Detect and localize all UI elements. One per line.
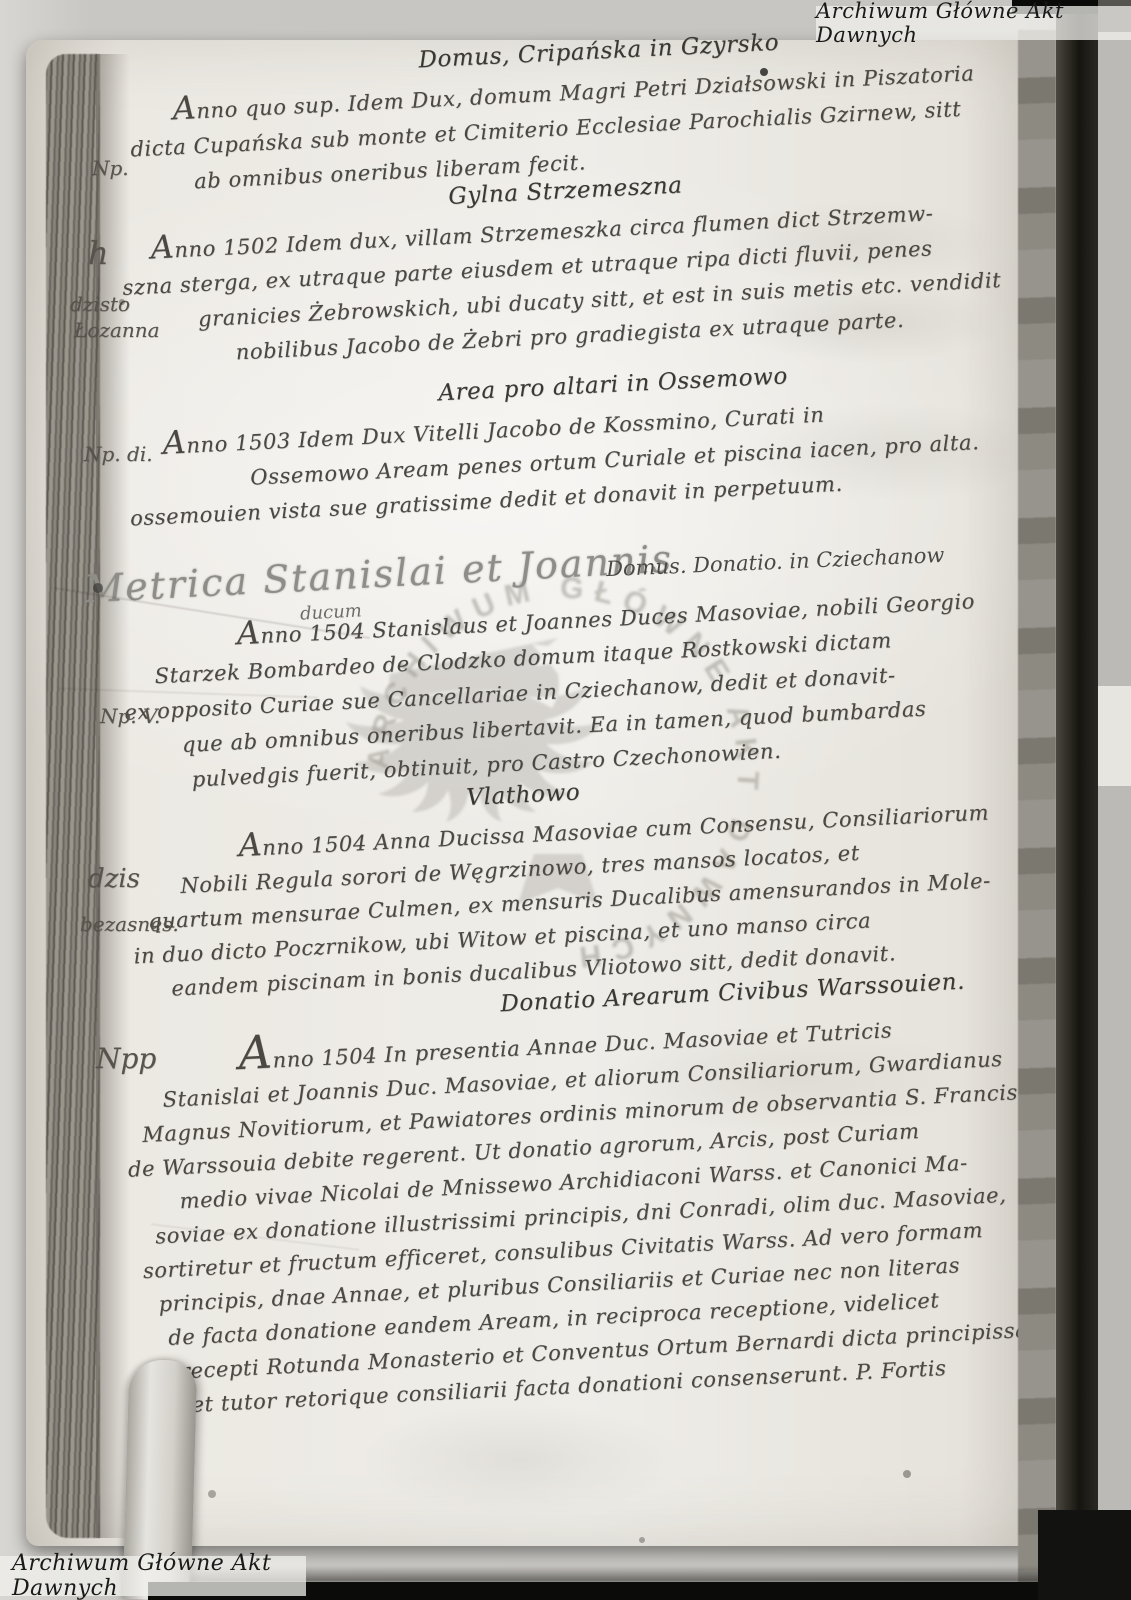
photo-bottom-shadow — [190, 1566, 1131, 1582]
entry-body: Anno 1504 In presentia Annae Duc. Masovi… — [120, 996, 1078, 1424]
scanned-manuscript-photo: ARCHIWUM GŁÓWNE AKT DAWNYCH Domus, Cripa… — [0, 0, 1131, 1600]
entry-area-pro-altari: Area pro altari in Ossemowo Anno 1503 Id… — [118, 346, 1064, 537]
photo-corner-dark-bottom — [1038, 1510, 1131, 1600]
margin-note: Np. V. — [100, 704, 160, 728]
margin-note: h — [88, 234, 109, 272]
page-edge-torn — [1018, 30, 1056, 1600]
entry-donatio-warssouien: Donatio Arearum Civibus Warssouien. Anno… — [118, 960, 1077, 1424]
archive-watermark-bottom: Archiwum Główne Akt Dawnych — [0, 1556, 306, 1596]
margin-note: bezasnes. — [80, 912, 179, 936]
margin-note: dzisto — [70, 292, 130, 316]
ink-specks — [0, 0, 4, 4]
margin-note: Np. di. — [84, 442, 153, 466]
archive-watermark-text: Archiwum Główne Akt Dawnych — [816, 0, 1119, 47]
archive-watermark-top: Archiwum Główne Akt Dawnych — [816, 6, 1131, 40]
book-block-edge — [1056, 0, 1098, 1600]
next-page-sliver — [1098, 686, 1131, 786]
archive-watermark-text: Archiwum Główne Akt Dawnych — [12, 1551, 306, 1600]
margin-note: Npp — [96, 1042, 156, 1075]
photo-background-right — [1098, 0, 1131, 1600]
margin-note: dzis — [88, 864, 140, 894]
margin-note: Np. — [92, 156, 129, 180]
margin-note: Łozanna — [74, 318, 160, 342]
